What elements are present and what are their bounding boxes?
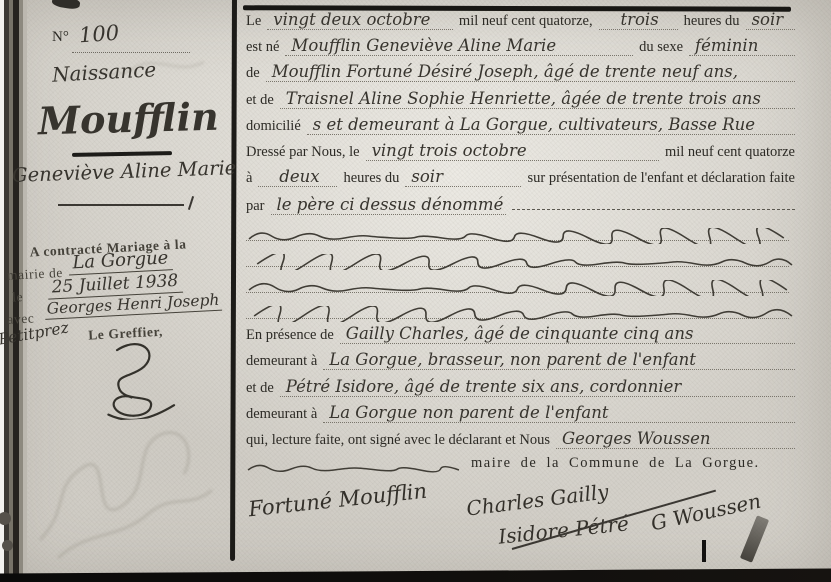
form-line-witness1: En présence de Gailly Charles, âgé de ci… bbox=[246, 324, 795, 350]
voided-blank-line bbox=[246, 246, 795, 272]
handwritten-act-date: vingt trois octobre bbox=[366, 141, 659, 161]
act-number-label: N° bbox=[52, 29, 69, 45]
form-line-witness2-domicile: demeurant à La Gorgue non parent de l'en… bbox=[246, 403, 795, 429]
handwritten-period: soir bbox=[746, 10, 795, 30]
handwritten-witness1-domicile: La Gorgue, brasseur, non parent de l'enf… bbox=[323, 350, 795, 370]
pen-tick bbox=[188, 196, 194, 210]
child-given-names: Geneviève Aline Marie bbox=[12, 156, 237, 187]
handwritten-witness1: Gailly Charles, âgé de cinquante cinq an… bbox=[340, 324, 795, 344]
printed-text: mil neuf cent quatorze bbox=[665, 144, 795, 161]
ink-mark bbox=[702, 540, 706, 562]
handwritten-act-period: soir bbox=[405, 167, 521, 187]
handwritten-act-hour: deux bbox=[258, 167, 337, 187]
handwritten-witness2-domicile: La Gorgue non parent de l'enfant bbox=[323, 403, 795, 423]
printed-text: est né bbox=[246, 39, 279, 56]
marriage-date-label: le bbox=[12, 289, 24, 306]
greffier-signature-flourish bbox=[103, 339, 179, 421]
dotted-rule bbox=[72, 52, 190, 53]
void-squiggle bbox=[246, 254, 795, 270]
form-line-domicile: domicilié s et demeurant à La Gorgue, cu… bbox=[246, 115, 795, 141]
printed-text: et de bbox=[246, 380, 274, 397]
handwritten-sex: féminin bbox=[689, 36, 795, 56]
printed-text: qui, lecture faite, ont signé avec le dé… bbox=[246, 432, 550, 449]
printed-text: mil neuf cent quatorze, bbox=[459, 13, 593, 30]
form-line-hour: à deux heures du soir sur présentation d… bbox=[246, 167, 795, 193]
form-line-dresse: Dressé par Nous, le vingt trois octobre … bbox=[246, 141, 795, 167]
act-type-label: Naissance bbox=[51, 57, 156, 86]
handwritten-hour: trois bbox=[599, 10, 678, 30]
act-number-value: 100 bbox=[78, 21, 120, 48]
form-line-officer: qui, lecture faite, ont signé avec le dé… bbox=[246, 429, 795, 455]
form-line-date: Le vingt deux octobre mil neuf cent quat… bbox=[246, 10, 795, 36]
handwritten-child-name: Moufflin Geneviève Aline Marie bbox=[285, 36, 633, 56]
marriage-annotation: A contracté Mariage à la mairie de La Go… bbox=[1, 234, 236, 426]
printed-text: à bbox=[246, 170, 252, 187]
form-line-witness2: et de Pétré Isidore, âgé de trente six a… bbox=[246, 377, 795, 403]
printed-text: heures du bbox=[343, 170, 399, 187]
void-squiggle bbox=[246, 461, 461, 475]
surname-underline bbox=[72, 151, 172, 157]
handwritten-witness2: Pétré Isidore, âgé de trente six ans, co… bbox=[280, 377, 795, 397]
printed-text: heures du bbox=[684, 13, 740, 30]
act-body: Le vingt deux octobre mil neuf cent quat… bbox=[246, 10, 795, 481]
handwritten-father: Moufflin Fortuné Désiré Joseph, âgé de t… bbox=[266, 62, 795, 82]
voided-fill-line bbox=[512, 193, 795, 210]
pencil-mark bbox=[740, 515, 769, 563]
void-squiggle bbox=[246, 228, 795, 244]
printed-text: de bbox=[246, 65, 260, 82]
birth-register-page: N°100 Naissance Moufflin Geneviève Aline… bbox=[0, 0, 831, 582]
signature-father: Fortuné Moufflin bbox=[247, 479, 428, 522]
voided-blank-line bbox=[246, 272, 795, 298]
form-line-child: est né Moufflin Geneviève Aline Marie du… bbox=[246, 36, 795, 62]
form-line-closing: maire de la Commune de La Gorgue. bbox=[246, 455, 795, 481]
given-names-underline bbox=[58, 204, 184, 206]
printed-text: demeurant à bbox=[246, 353, 317, 370]
act-number: N°100 bbox=[52, 22, 119, 46]
printed-text: domicilié bbox=[246, 118, 301, 135]
printed-text: et de bbox=[246, 92, 274, 109]
handwritten-mother: Traisnel Aline Sophie Henriette, âgée de… bbox=[280, 89, 795, 109]
handwritten-declarant: le père ci dessus dénommé bbox=[271, 195, 507, 215]
form-line-witness1-domicile: demeurant à La Gorgue, brasseur, non par… bbox=[246, 350, 795, 376]
handwritten-birth-date: vingt deux octobre bbox=[267, 10, 453, 30]
handwritten-officer-name: Georges Woussen bbox=[556, 429, 795, 449]
handwritten-domicile: s et demeurant à La Gorgue, cultivateurs… bbox=[307, 115, 795, 135]
margin-column: N°100 Naissance Moufflin Geneviève Aline… bbox=[0, 0, 232, 582]
printed-text: du sexe bbox=[639, 39, 683, 56]
voided-blank-line bbox=[246, 220, 795, 246]
form-line-declarant: par le père ci dessus dénommé bbox=[246, 193, 795, 219]
printed-text: demeurant à bbox=[246, 406, 317, 423]
printed-text: Le bbox=[246, 13, 261, 30]
signature-witness2: Isidore Pétré bbox=[497, 511, 630, 549]
child-surname: Moufflin bbox=[37, 94, 219, 144]
voided-blank-line bbox=[246, 298, 795, 324]
printed-text: sur présentation de l'enfant et déclarat… bbox=[527, 170, 795, 187]
form-line-father: de Moufflin Fortuné Désiré Joseph, âgé d… bbox=[246, 62, 795, 88]
printed-text: En présence de bbox=[246, 327, 334, 344]
void-squiggle bbox=[246, 306, 795, 322]
form-line-mother: et de Traisnel Aline Sophie Henriette, â… bbox=[246, 89, 795, 115]
void-squiggle bbox=[246, 280, 795, 296]
signature-mayor: G Woussen bbox=[649, 489, 763, 536]
printed-text: par bbox=[246, 198, 265, 215]
printed-closing-text: maire de la Commune de La Gorgue. bbox=[471, 455, 760, 472]
printed-text: Dressé par Nous, le bbox=[246, 144, 360, 161]
